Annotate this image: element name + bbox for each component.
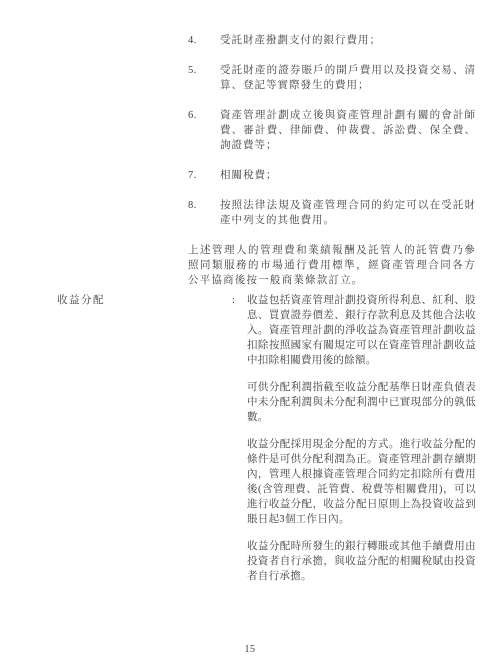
section-content: 收益包括資產管理計劃投資所得利息、紅利、股息、買賣證券價差、銀行存款利息及其他合… xyxy=(247,293,476,584)
list-item-number: 4. xyxy=(188,33,220,48)
fee-list-item: 7. 相關稅費； xyxy=(188,168,476,183)
section-label: 收益分配 xyxy=(57,293,105,308)
list-item-text: 相關稅費； xyxy=(220,168,476,183)
income-paragraph: 收益包括資產管理計劃投資所得利息、紅利、股息、買賣證券價差、銀行存款利息及其他合… xyxy=(247,293,476,368)
list-item-text: 受託財產的證券賬戶的開戶費用以及投資交易、清算、登記等實際發生的費用； xyxy=(220,63,476,93)
list-item-number: 6. xyxy=(188,108,220,153)
document-page: 4. 受託財產撥劃支付的銀行費用； 5. 受託財產的證券賬戶的開戶費用以及投資交… xyxy=(0,0,500,667)
section-separator: : xyxy=(232,293,235,308)
list-item-text: 資產管理計劃成立後與資產管理計劃有關的會計師費、審計費、律師費、仲裁費、訴訟費、… xyxy=(220,108,476,153)
list-item-number: 5. xyxy=(188,63,220,93)
list-item-text: 受託財產撥劃支付的銀行費用； xyxy=(220,33,476,48)
list-item-text: 按照法律法規及資產管理合同的約定可以在受託財產中列支的其他費用。 xyxy=(220,198,476,228)
page-number: 15 xyxy=(0,644,500,655)
income-paragraph: 可供分配利潤指截至收益分配基準日財產負債表中未分配利潤與未分配利潤中已實現部分的… xyxy=(247,380,476,425)
income-paragraph: 收益分配採用現金分配的方式。進行收益分配的條件是可供分配利潤為正。資產管理計劃存… xyxy=(247,437,476,527)
fee-list-item: 8. 按照法律法規及資產管理合同的約定可以在受託財產中列支的其他費用。 xyxy=(188,198,476,228)
fee-closing-paragraph: 上述管理人的管理費和業績報酬及託管人的託管費乃參照同類服務的市場通行費用標準，經… xyxy=(188,243,476,288)
income-distribution-section: 收益分配 : 收益包括資產管理計劃投資所得利息、紅利、股息、買賣證券價差、銀行存… xyxy=(0,293,500,596)
list-item-number: 7. xyxy=(188,168,220,183)
fee-list-item: 4. 受託財產撥劃支付的銀行費用； xyxy=(188,33,476,48)
fee-list: 4. 受託財產撥劃支付的銀行費用； 5. 受託財產的證券賬戶的開戶費用以及投資交… xyxy=(188,33,476,288)
fee-list-item: 5. 受託財產的證券賬戶的開戶費用以及投資交易、清算、登記等實際發生的費用； xyxy=(188,63,476,93)
income-paragraph: 收益分配時所發生的銀行轉賬或其他手續費用由投資者自行承擔，與收益分配的相關稅賦由… xyxy=(247,539,476,584)
fee-list-item: 6. 資產管理計劃成立後與資產管理計劃有關的會計師費、審計費、律師費、仲裁費、訴… xyxy=(188,108,476,153)
list-item-number: 8. xyxy=(188,198,220,228)
